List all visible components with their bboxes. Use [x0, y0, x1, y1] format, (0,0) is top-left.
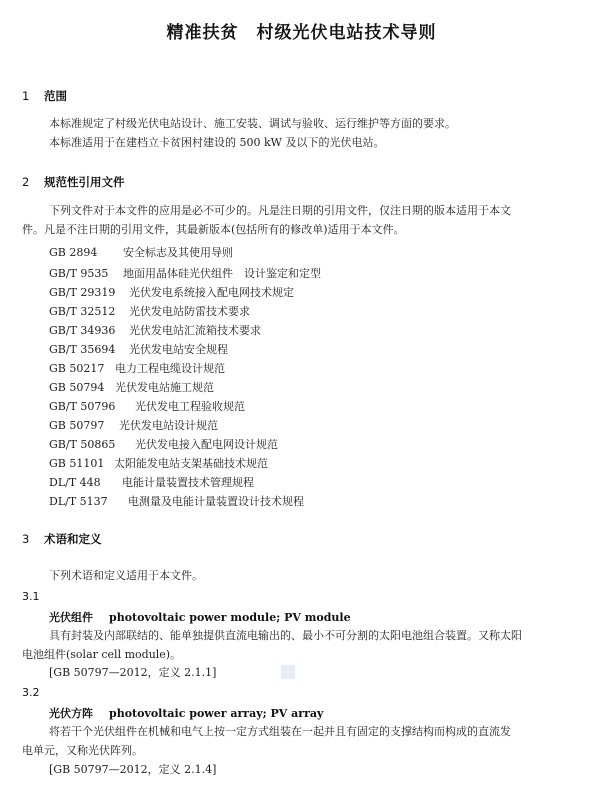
- reference-item: GB/T 32512光伏发电站防雷技术要求: [49, 303, 250, 319]
- section-2-heading: 2规范性引用文件: [22, 174, 125, 190]
- term-definition: 将若干个光伏组件在机械和电气上按一定方式组装在一起并且有固定的支撑结构而构成的直…: [49, 722, 511, 741]
- reference-item: GB 50217电力工程电缆设计规范: [49, 360, 225, 376]
- term-definition: 具有封装及内部联结的、能单独提供直流电输出的、最小不可分割的太阳电池组合装置。又…: [49, 626, 522, 645]
- watermark-icon: [281, 665, 295, 679]
- section-2-intro: 下列文件对于本文件的应用是必不可少的。凡是注日期的引用文件，仅注日期的版本适用于…: [49, 201, 511, 220]
- document-title: 精准扶贫村级光伏电站技术导则: [0, 18, 603, 43]
- term-number: 3.1: [22, 590, 40, 603]
- reference-item: GB 51101太阳能发电站支架基础技术规范: [49, 455, 268, 471]
- title-part-1: 精准扶贫: [167, 23, 239, 43]
- section-1-paragraph: 本标准适用于在建档立卡贫困村建设的 500 kW 及以下的光伏电站。: [49, 133, 384, 152]
- term-number: 3.2: [22, 686, 40, 699]
- reference-item: GB/T 35694光伏发电站安全规程: [49, 341, 228, 357]
- title-part-2: 村级光伏电站技术导则: [257, 23, 437, 43]
- reference-item: DL/T 5137电测量及电能计量装置设计技术规程: [49, 493, 304, 509]
- reference-item: GB/T 9535地面用晶体硅光伏组件 设计鉴定和定型: [49, 265, 321, 281]
- reference-item: GB 50794光伏发电站施工规范: [49, 379, 214, 395]
- term-heading: 光伏组件photovoltaic power module; PV module: [49, 609, 351, 625]
- section-1-paragraph: 本标准规定了村级光伏电站设计、施工安装、调试与验收、运行维护等方面的要求。: [49, 114, 456, 133]
- reference-item: GB/T 29319光伏发电系统接入配电网技术规定: [49, 284, 294, 300]
- term-source: [GB 50797—2012，定义 2.1.1]: [49, 663, 216, 682]
- term-definition-cont: 电单元，又称光伏阵列。: [22, 741, 143, 760]
- section-3-intro: 下列术语和定义适用于本文件。: [49, 566, 203, 585]
- section-1-heading: 1范围: [22, 88, 67, 104]
- reference-item: GB 2894安全标志及其使用导则: [49, 244, 233, 260]
- term-definition-cont: 电池组件(solar cell module)。: [22, 645, 181, 664]
- reference-item: GB/T 50865光伏发电接入配电网设计规范: [49, 436, 278, 452]
- reference-item: GB/T 50796光伏发电工程验收规范: [49, 398, 245, 414]
- reference-item: GB 50797光伏发电站设计规范: [49, 417, 218, 433]
- term-heading: 光伏方阵photovoltaic power array; PV array: [49, 705, 323, 721]
- reference-item: DL/T 448电能计量装置技术管理规程: [49, 474, 254, 490]
- section-2-intro-cont: 件。凡是不注日期的引用文件，其最新版本(包括所有的修改单)适用于本文件。: [22, 220, 405, 239]
- reference-item: GB/T 34936光伏发电站汇流箱技术要求: [49, 322, 261, 338]
- term-source: [GB 50797—2012，定义 2.1.4]: [49, 760, 216, 779]
- section-3-heading: 3术语和定义: [22, 531, 102, 547]
